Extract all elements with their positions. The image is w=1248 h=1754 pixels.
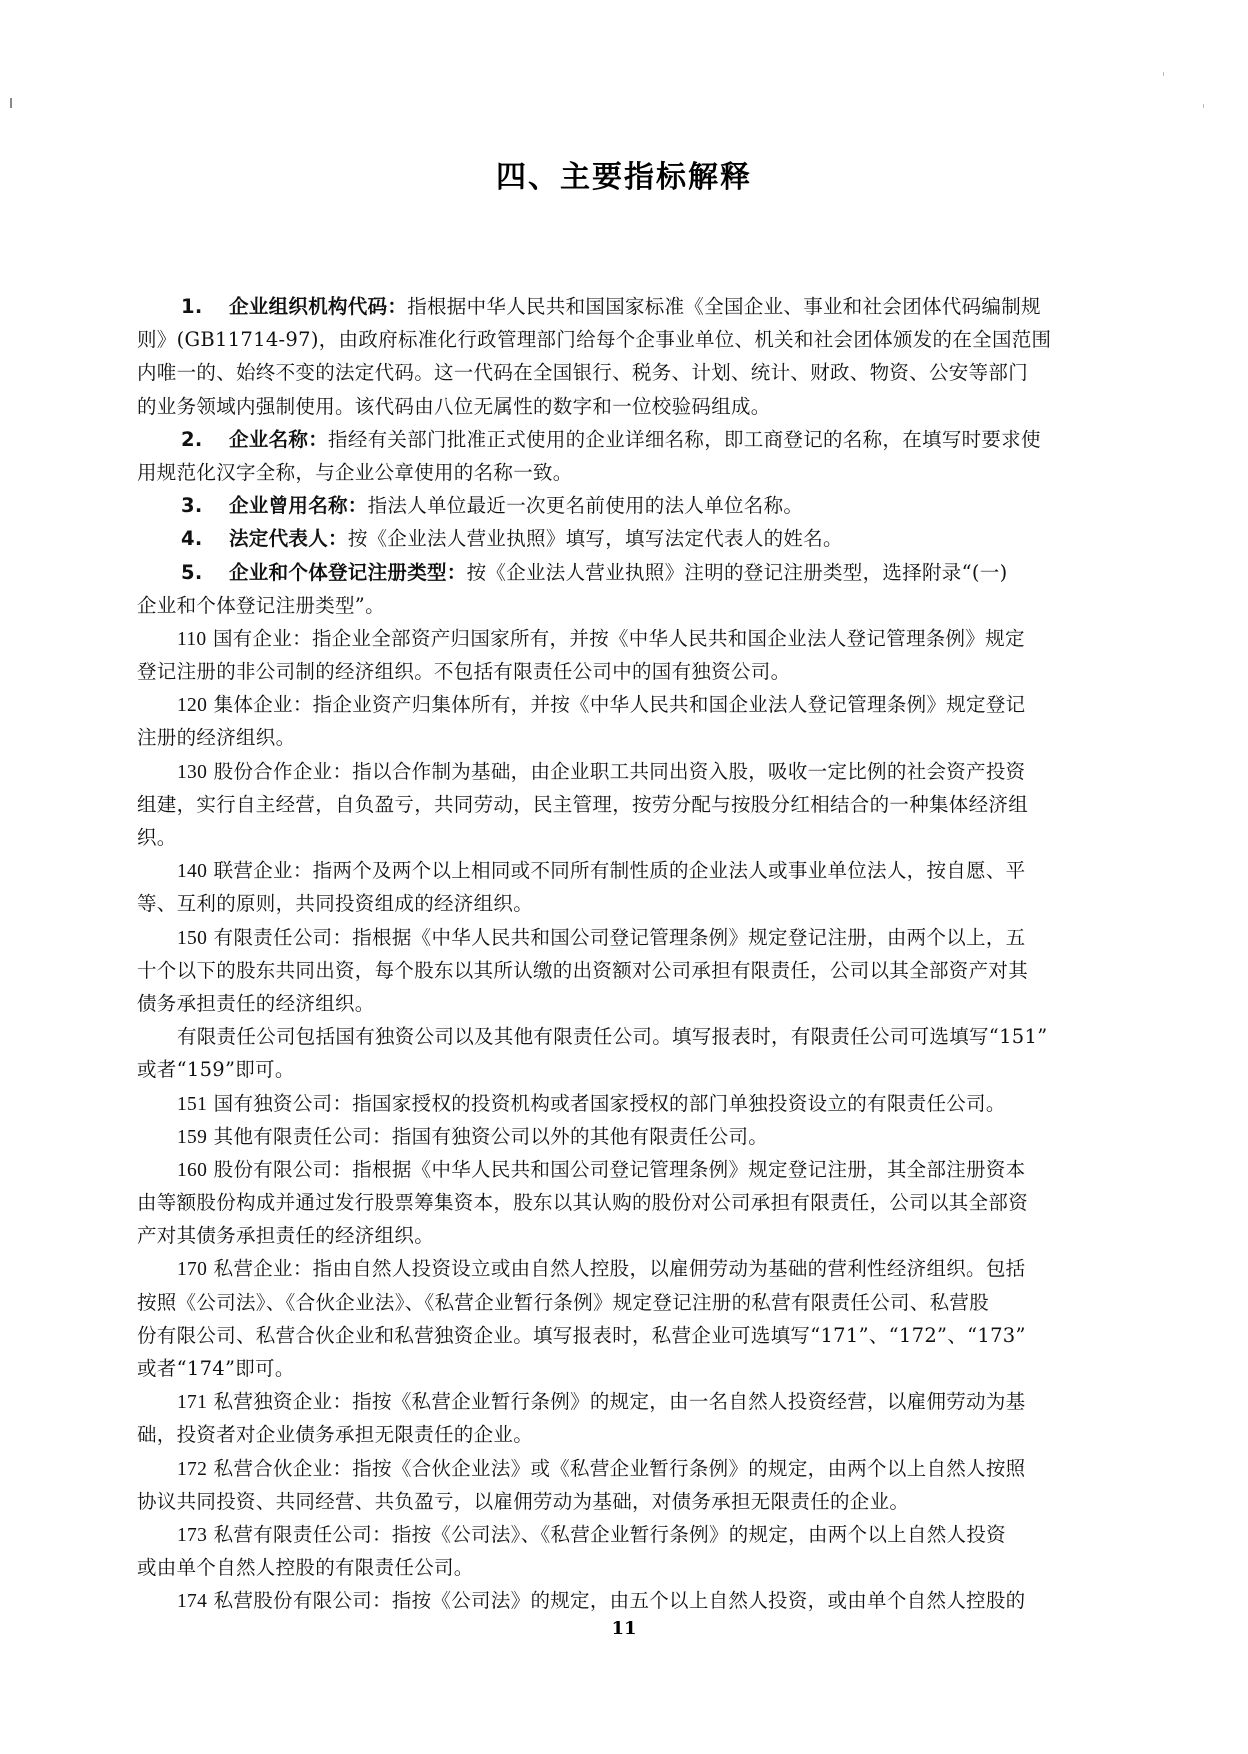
- text-line: 4.法定代表人：按《企业法人营业执照》填写，填写法定代表人的姓名。: [137, 522, 1117, 555]
- text-line: 由等额股份构成并通过发行股票筹集资本，股东以其认购的股份对公司承担有限责任，公司…: [137, 1186, 1117, 1219]
- definition-text: 按《企业法人营业执照》填写，填写法定代表人的姓名。: [348, 527, 843, 550]
- text-line: 注册的经济组织。: [137, 721, 1117, 754]
- text-line: 120 集体企业：指企业资产归集体所有，并按《中华人民共和国企业法人登记管理条例…: [137, 688, 1117, 721]
- type-text: 私营合伙企业：指按《合伙企业法》或《私营企业暂行条例》的规定，由两个以上自然人按…: [214, 1457, 1026, 1480]
- definition-item-4: 4.法定代表人：按《企业法人营业执照》填写，填写法定代表人的姓名。: [137, 522, 1117, 555]
- document-page: 四、主要指标解释 1.企业组织机构代码：指根据中华人民共和国国家标准《全国企业、…: [0, 0, 1248, 1754]
- type-text: 联营企业：指两个及两个以上相同或不同所有制性质的企业法人或事业单位法人，按自愿、…: [214, 859, 1026, 882]
- text-line: 则》(GB11714-97)，由政府标准化行政管理部门给每个企事业单位、机关和社…: [137, 323, 1117, 356]
- text-line: 用规范化汉字全称，与企业公章使用的名称一致。: [137, 456, 1117, 489]
- text-line: 的业务领域内强制使用。该代码由八位无属性的数字和一位校验码组成。: [137, 390, 1117, 423]
- type-170: 170 私营企业：指由自然人投资设立或由自然人控股，以雇佣劳动为基础的营利性经济…: [137, 1252, 1117, 1385]
- definition-text: 指法人单位最近一次更名前使用的法人单位名称。: [368, 494, 804, 517]
- scan-speck: [1163, 72, 1164, 76]
- type-code: 171: [177, 1392, 207, 1413]
- term-label: 企业名称：: [229, 428, 328, 451]
- text-line: 171 私营独资企业：指按《私营企业暂行条例》的规定，由一名自然人投资经营，以雇…: [137, 1385, 1117, 1418]
- definition-text: 指根据中华人民共和国国家标准《全国企业、事业和社会团体代码编制规: [407, 295, 1041, 318]
- type-174: 174 私营股份有限公司：指按《公司法》的规定，由五个以上自然人投资，或由单个自…: [137, 1584, 1117, 1617]
- type-text: 股份有限公司：指根据《中华人民共和国公司登记管理条例》规定登记注册，其全部注册资…: [214, 1158, 1026, 1181]
- type-173: 173 私营有限责任公司：指按《公司法》、《私营企业暂行条例》的规定，由两个以上…: [137, 1518, 1117, 1584]
- definition-text: 按《企业法人营业执照》注明的登记注册类型，选择附录“(一): [467, 561, 1008, 584]
- text-line: 172 私营合伙企业：指按《合伙企业法》或《私营企业暂行条例》的规定，由两个以上…: [137, 1452, 1117, 1485]
- type-140: 140 联营企业：指两个及两个以上相同或不同所有制性质的企业法人或事业单位法人，…: [137, 854, 1117, 920]
- text-line: 织。: [137, 821, 1117, 854]
- definition-item-5: 5.企业和个体登记注册类型：按《企业法人营业执照》注明的登记注册类型，选择附录“…: [137, 556, 1117, 622]
- text-line: 140 联营企业：指两个及两个以上相同或不同所有制性质的企业法人或事业单位法人，…: [137, 854, 1117, 887]
- type-160: 160 股份有限公司：指根据《中华人民共和国公司登记管理条例》规定登记注册，其全…: [137, 1153, 1117, 1253]
- text-line: 或者“159”即可。: [137, 1053, 1117, 1086]
- definition-item-1: 1.企业组织机构代码：指根据中华人民共和国国家标准《全国企业、事业和社会团体代码…: [137, 290, 1117, 423]
- text-line: 170 私营企业：指由自然人投资设立或由自然人控股，以雇佣劳动为基础的营利性经济…: [137, 1252, 1117, 1285]
- type-text: 私营独资企业：指按《私营企业暂行条例》的规定，由一名自然人投资经营，以雇佣劳动为…: [214, 1390, 1026, 1413]
- type-code: 151: [177, 1094, 207, 1115]
- text-line: 础，投资者对企业债务承担无限责任的企业。: [137, 1418, 1117, 1451]
- type-code: 140: [177, 861, 207, 882]
- definition-text: 指经有关部门批准正式使用的企业详细名称，即工商登记的名称，在填写时要求使: [328, 428, 1041, 451]
- type-150: 150 有限责任公司：指根据《中华人民共和国公司登记管理条例》规定登记注册，由两…: [137, 921, 1117, 1021]
- text-line: 174 私营股份有限公司：指按《公司法》的规定，由五个以上自然人投资，或由单个自…: [137, 1584, 1117, 1617]
- text-line: 160 股份有限公司：指根据《中华人民共和国公司登记管理条例》规定登记注册，其全…: [137, 1153, 1117, 1186]
- type-code: 173: [177, 1525, 207, 1546]
- text-line: 或者“174”即可。: [137, 1352, 1117, 1385]
- type-172: 172 私营合伙企业：指按《合伙企业法》或《私营企业暂行条例》的规定，由两个以上…: [137, 1452, 1117, 1518]
- type-151: 151 国有独资公司：指国家授权的投资机构或者国家授权的部门单独投资设立的有限责…: [137, 1087, 1117, 1120]
- type-code: 170: [177, 1259, 207, 1280]
- definition-item-2: 2.企业名称：指经有关部门批准正式使用的企业详细名称，即工商登记的名称，在填写时…: [137, 423, 1117, 489]
- scan-speck: [10, 98, 12, 108]
- type-text: 集体企业：指企业资产归集体所有，并按《中华人民共和国企业法人登记管理条例》规定登…: [214, 693, 1026, 716]
- scan-speck: [1203, 104, 1204, 108]
- text-line: 1.企业组织机构代码：指根据中华人民共和国国家标准《全国企业、事业和社会团体代码…: [137, 290, 1117, 323]
- type-text: 国有企业：指企业全部资产归国家所有，并按《中华人民共和国企业法人登记管理条例》规…: [213, 627, 1025, 650]
- type-code: 110: [177, 629, 206, 650]
- term-label: 企业曾用名称：: [229, 494, 368, 517]
- type-text: 其他有限责任公司：指国有独资公司以外的其他有限责任公司。: [214, 1125, 768, 1148]
- text-line: 2.企业名称：指经有关部门批准正式使用的企业详细名称，即工商登记的名称，在填写时…: [137, 423, 1117, 456]
- type-110: 110 国有企业：指企业全部资产归国家所有，并按《中华人民共和国企业法人登记管理…: [137, 622, 1117, 688]
- type-text: 国有独资公司：指国家授权的投资机构或者国家授权的部门单独投资设立的有限责任公司。: [214, 1092, 1006, 1115]
- text-line: 份有限公司、私营合伙企业和私营独资企业。填写报表时，私营企业可选填写“171”、…: [137, 1319, 1117, 1352]
- term-label: 法定代表人：: [229, 527, 348, 550]
- text-line: 173 私营有限责任公司：指按《公司法》、《私营企业暂行条例》的规定，由两个以上…: [137, 1518, 1117, 1551]
- item-number: 5.: [181, 556, 229, 589]
- type-code: 130: [177, 762, 207, 783]
- text-line: 150 有限责任公司：指根据《中华人民共和国公司登记管理条例》规定登记注册，由两…: [137, 921, 1117, 954]
- type-120: 120 集体企业：指企业资产归集体所有，并按《中华人民共和国企业法人登记管理条例…: [137, 688, 1117, 754]
- text-line: 组建，实行自主经营，自负盈亏，共同劳动，民主管理，按劳分配与按股分红相结合的一种…: [137, 788, 1117, 821]
- type-text: 私营股份有限公司：指按《公司法》的规定，由五个以上自然人投资，或由单个自然人控股…: [214, 1589, 1026, 1612]
- text-line: 有限责任公司包括国有独资公司以及其他有限责任公司。填写报表时，有限责任公司可选填…: [137, 1020, 1117, 1053]
- item-number: 4.: [181, 522, 229, 555]
- type-code: 174: [177, 1591, 207, 1612]
- item-number: 2.: [181, 423, 229, 456]
- type-text: 私营有限责任公司：指按《公司法》、《私营企业暂行条例》的规定，由两个以上自然人投…: [214, 1523, 1006, 1546]
- text-line: 3.企业曾用名称：指法人单位最近一次更名前使用的法人单位名称。: [137, 489, 1117, 522]
- type-code: 120: [177, 695, 207, 716]
- item-number: 3.: [181, 489, 229, 522]
- text-line: 企业和个体登记注册类型”。: [137, 589, 1117, 622]
- text-line: 协议共同投资、共同经营、共负盈亏，以雇佣劳动为基础，对债务承担无限责任的企业。: [137, 1485, 1117, 1518]
- text-line: 110 国有企业：指企业全部资产归国家所有，并按《中华人民共和国企业法人登记管理…: [137, 622, 1117, 655]
- document-body: 1.企业组织机构代码：指根据中华人民共和国国家标准《全国企业、事业和社会团体代码…: [137, 290, 1117, 1618]
- page-number: 11: [0, 1618, 1248, 1639]
- definition-item-3: 3.企业曾用名称：指法人单位最近一次更名前使用的法人单位名称。: [137, 489, 1117, 522]
- item-number: 1.: [181, 290, 229, 323]
- type-code: 150: [177, 928, 207, 949]
- text-line: 151 国有独资公司：指国家授权的投资机构或者国家授权的部门单独投资设立的有限责…: [137, 1087, 1117, 1120]
- text-line: 或由单个自然人控股的有限责任公司。: [137, 1551, 1117, 1584]
- text-line: 159 其他有限责任公司：指国有独资公司以外的其他有限责任公司。: [137, 1120, 1117, 1153]
- type-text: 有限责任公司：指根据《中华人民共和国公司登记管理条例》规定登记注册，由两个以上，…: [214, 926, 1026, 949]
- type-code: 159: [177, 1127, 207, 1148]
- type-130: 130 股份合作企业：指以合作制为基础，由企业职工共同出资入股，吸收一定比例的社…: [137, 755, 1117, 855]
- llc-note: 有限责任公司包括国有独资公司以及其他有限责任公司。填写报表时，有限责任公司可选填…: [137, 1020, 1117, 1086]
- text-line: 5.企业和个体登记注册类型：按《企业法人营业执照》注明的登记注册类型，选择附录“…: [137, 556, 1117, 589]
- text-line: 内唯一的、始终不变的法定代码。这一代码在全国银行、税务、计划、统计、财政、物资、…: [137, 356, 1117, 389]
- type-code: 160: [177, 1160, 207, 1181]
- text-line: 十个以下的股东共同出资，每个股东以其所认缴的出资额对公司承担有限责任，公司以其全…: [137, 954, 1117, 987]
- type-159: 159 其他有限责任公司：指国有独资公司以外的其他有限责任公司。: [137, 1120, 1117, 1153]
- term-label: 企业组织机构代码：: [229, 295, 407, 318]
- text-line: 债务承担责任的经济组织。: [137, 987, 1117, 1020]
- type-text: 私营企业：指由自然人投资设立或由自然人控股，以雇佣劳动为基础的营利性经济组织。包…: [214, 1257, 1026, 1280]
- text-line: 产对其债务承担责任的经济组织。: [137, 1219, 1117, 1252]
- term-label: 企业和个体登记注册类型：: [229, 561, 467, 584]
- type-code: 172: [177, 1459, 207, 1480]
- text-line: 按照《公司法》、《合伙企业法》、《私营企业暂行条例》规定登记注册的私营有限责任公…: [137, 1286, 1117, 1319]
- type-171: 171 私营独资企业：指按《私营企业暂行条例》的规定，由一名自然人投资经营，以雇…: [137, 1385, 1117, 1451]
- text-line: 登记注册的非公司制的经济组织。不包括有限责任公司中的国有独资公司。: [137, 655, 1117, 688]
- text-line: 等、互利的原则，共同投资组成的经济组织。: [137, 887, 1117, 920]
- page-title: 四、主要指标解释: [0, 152, 1248, 196]
- text-line: 130 股份合作企业：指以合作制为基础，由企业职工共同出资入股，吸收一定比例的社…: [137, 755, 1117, 788]
- type-text: 股份合作企业：指以合作制为基础，由企业职工共同出资入股，吸收一定比例的社会资产投…: [214, 760, 1026, 783]
